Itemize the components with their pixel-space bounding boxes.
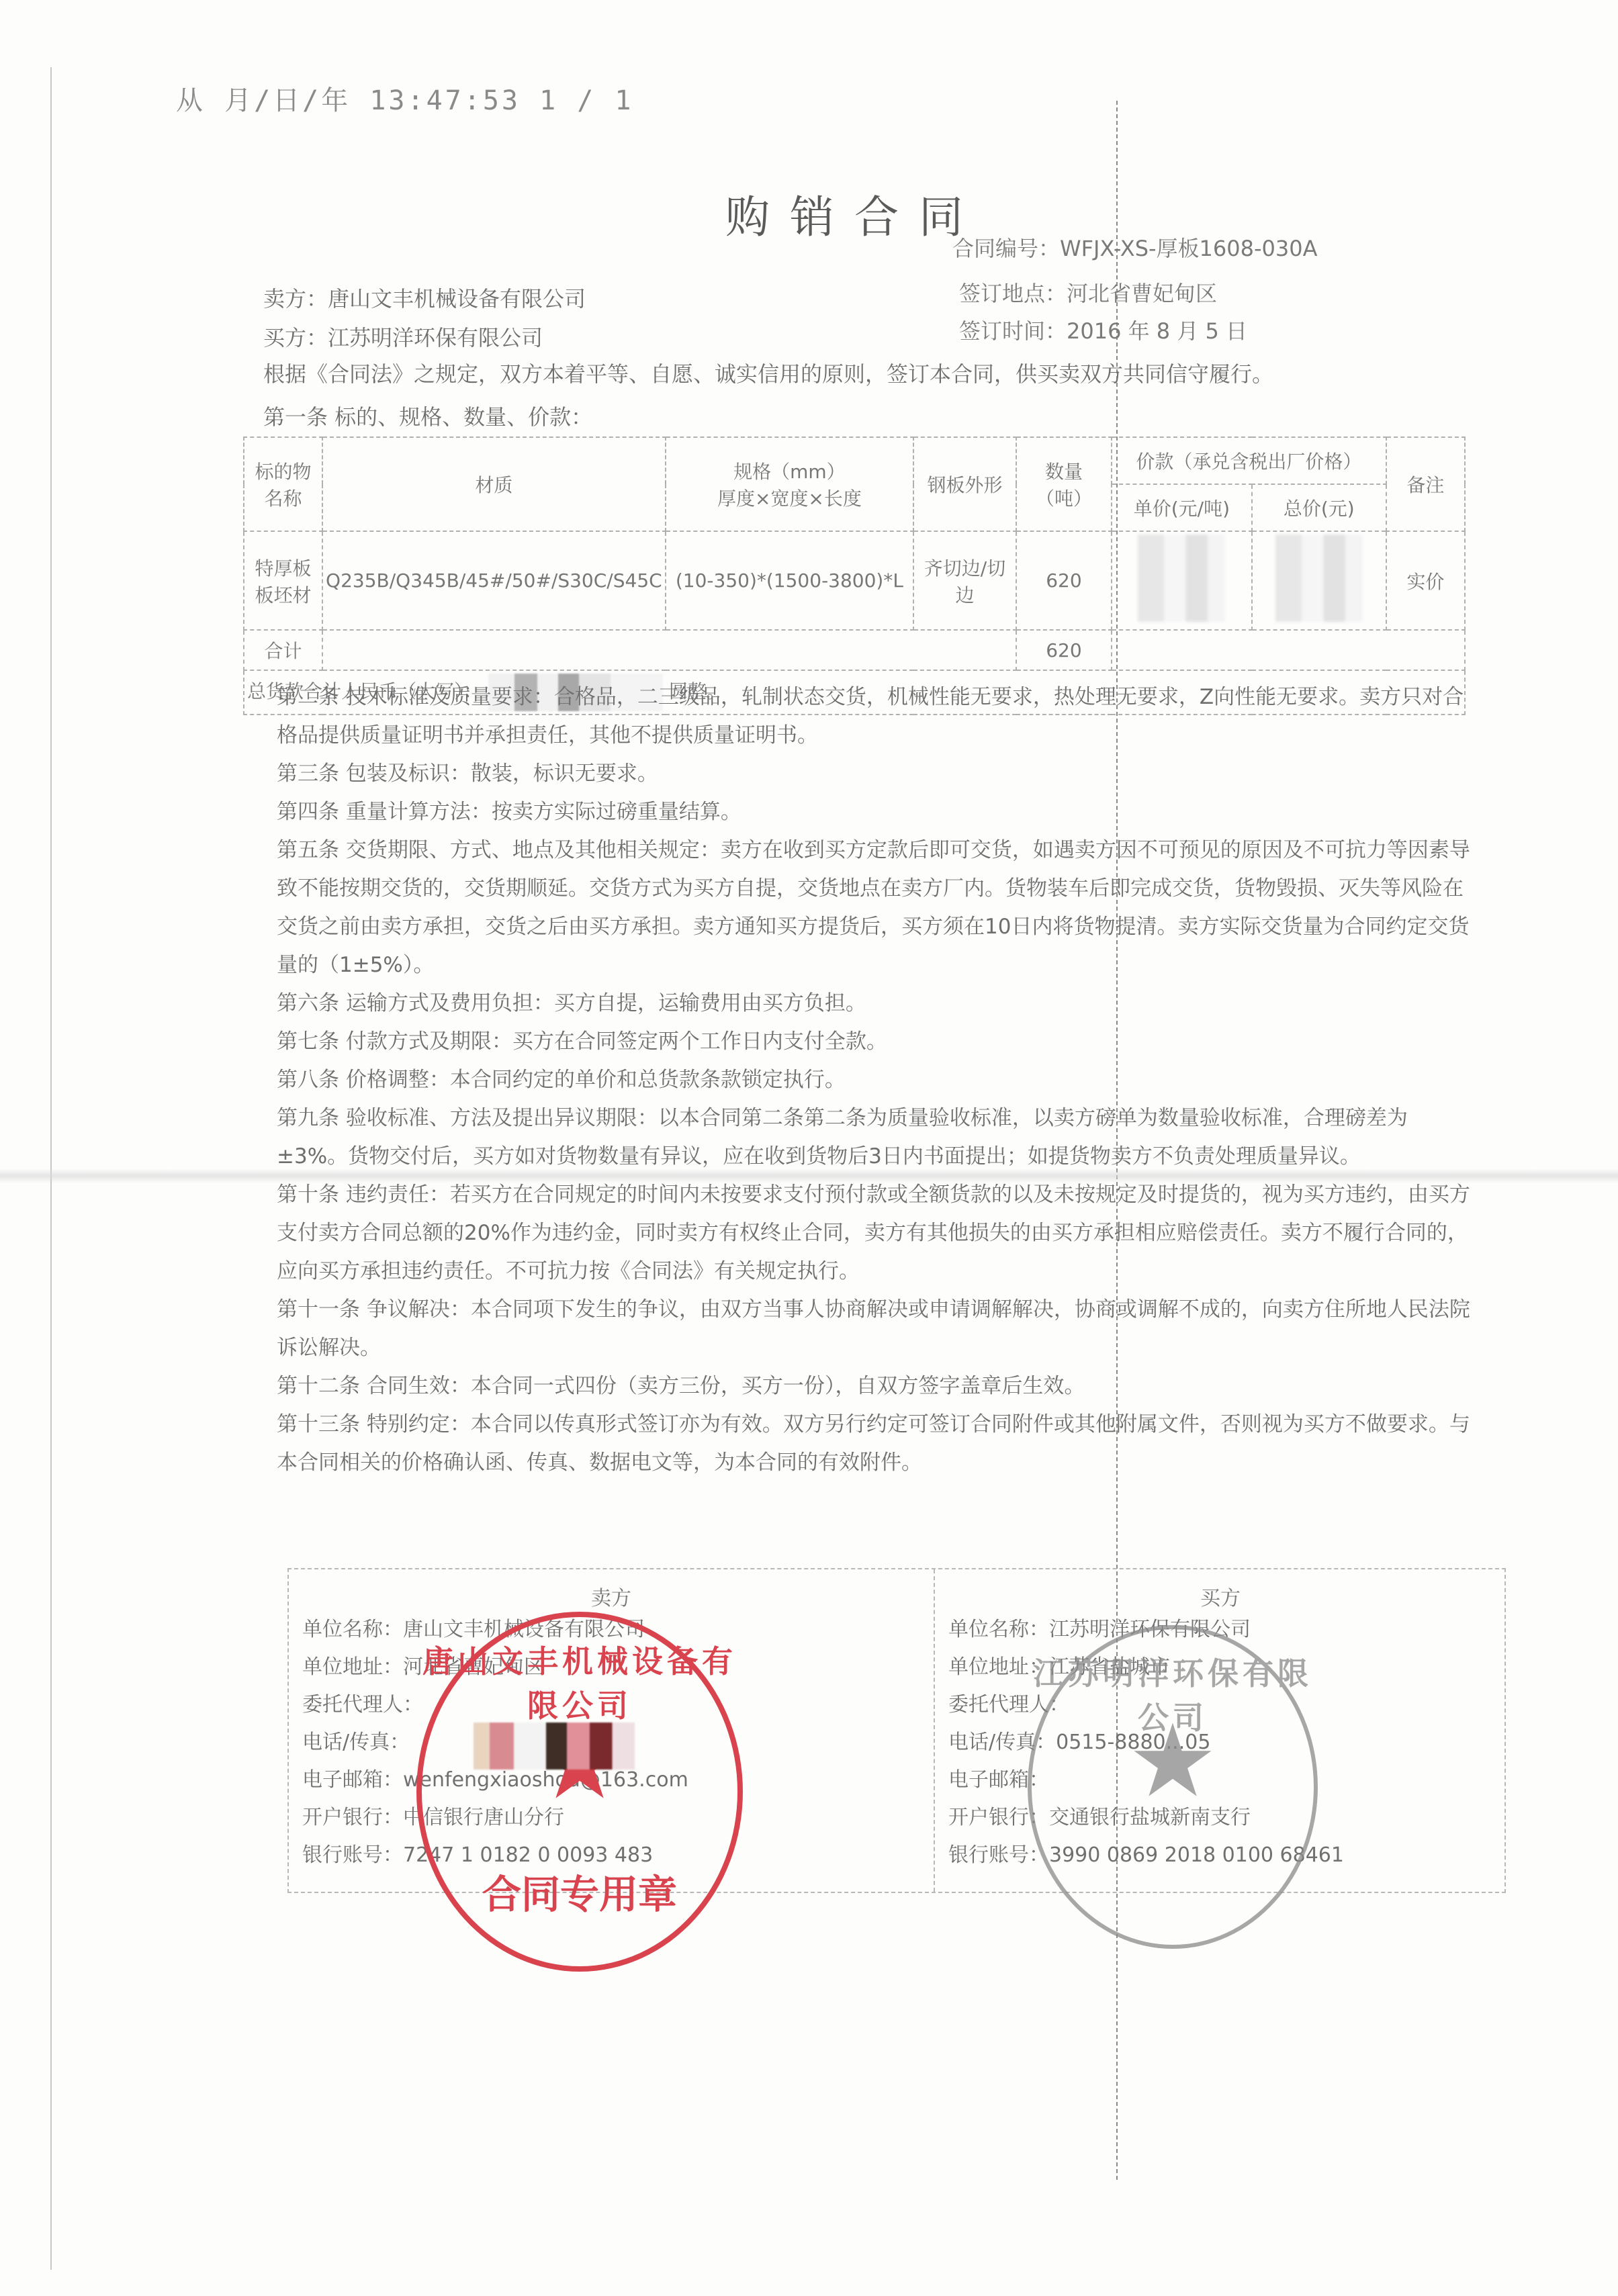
goods-table: 标的物名称 材质 规格（mm） 厚度×宽度×长度 钢板外形 数量 （吨） 价款（… [243, 437, 1466, 715]
redaction-block [1138, 535, 1225, 622]
cell-unit-price-redacted [1112, 531, 1252, 630]
seller-name: 卖方：唐山文丰机械设备有限公司 [263, 282, 586, 313]
header-unit-price: 单价(元/吨) [1112, 484, 1252, 531]
header-spec: 规格（mm） 厚度×宽度×长度 [666, 437, 913, 531]
seal-contract-label: 合同专用章 [422, 1863, 737, 1919]
cell-remark: 实价 [1386, 531, 1465, 630]
fax-header: 从 月/日/年 13:47:53 1 / 1 [176, 79, 633, 118]
article-1-heading: 第一条 标的、规格、数量、价款： [263, 400, 592, 431]
redaction-block [474, 1723, 635, 1770]
cell-name: 特厚板板坯材 [244, 531, 322, 630]
sign-time: 签订时间：2016 年 8 月 5 日 [959, 314, 1247, 345]
buyer-heading: 买方 [935, 1581, 1506, 1611]
clause-4: 第四条 重量计算方法：按卖方实际过磅重量结算。 [277, 793, 1472, 831]
clause-5: 第五条 交货期限、方式、地点及其他相关规定：卖方在收到买方定款后即可交货，如遇卖… [277, 831, 1472, 984]
total-label: 合计 [244, 630, 322, 670]
header-qty-label: 数量 [1020, 457, 1108, 484]
cell-material: Q235B/Q345B/45#/50#/S30C/S45C [322, 531, 666, 630]
clause-2: 第二条 技术标准及质量要求：合格品，二三级品，轧制状态交货，机械性能无要求，热处… [277, 678, 1472, 755]
header-material: 材质 [322, 437, 666, 531]
header-edge: 钢板外形 [913, 437, 1016, 531]
header-name: 标的物名称 [244, 437, 322, 531]
buyer-name: 买方：江苏明洋环保有限公司 [263, 321, 543, 352]
table-row: 特厚板板坯材 Q235B/Q345B/45#/50#/S30C/S45C (10… [244, 531, 1465, 630]
header-spec-sub: 厚度×宽度×长度 [669, 484, 910, 511]
cell-spec: (10-350)*(1500-3800)*L [666, 531, 913, 630]
clause-11: 第十一条 争议解决：本合同项下发生的争议，由双方当事人协商解决或申请调解解决，协… [277, 1291, 1472, 1367]
header-price: 价款（承兑含税出厂价格） [1112, 437, 1386, 484]
total-empty [322, 630, 1016, 670]
total-qty: 620 [1016, 630, 1112, 670]
clause-8: 第八条 价格调整：本合同约定的单价和总货款条款锁定执行。 [277, 1061, 1472, 1099]
cell-qty: 620 [1016, 531, 1112, 630]
contract-clauses: 第二条 技术标准及质量要求：合格品，二三级品，轧制状态交货，机械性能无要求，热处… [277, 678, 1472, 1482]
total-empty-price [1112, 630, 1465, 670]
intro-paragraph: 根据《合同法》之规定，双方本着平等、自愿、诚实信用的原则，签订本合同，供买卖双方… [263, 357, 1273, 388]
buyer-company-seal: 江苏明洋环保有限公司 ★ [1028, 1625, 1318, 1949]
table-total-row: 合计 620 [244, 630, 1465, 670]
header-spec-label: 规格（mm） [669, 457, 910, 484]
clause-10: 第十条 违约责任：若买方在合同规定的时间内未按要求支付预付款或全额货款的以及未按… [277, 1176, 1472, 1291]
header-total-price: 总价(元) [1252, 484, 1386, 531]
redaction-block [1275, 535, 1363, 622]
clause-13: 第十三条 特别约定：本合同以传真形式签订亦为有效。双方另行约定可签订合同附件或其… [277, 1406, 1472, 1482]
seller-company-seal: 唐山文丰机械设备有限公司 ★ 合同专用章 [416, 1612, 743, 1972]
clause-12: 第十二条 合同生效：本合同一式四份（卖方三份，买方一份），自双方签字盖章后生效。 [277, 1367, 1472, 1406]
header-qty-unit: （吨） [1020, 484, 1108, 511]
header-qty: 数量 （吨） [1016, 437, 1112, 531]
clause-9: 第九条 验收标准、方法及提出异议期限：以本合同第二条第二条为质量验收标准，以卖方… [277, 1099, 1472, 1176]
sign-place: 签订地点：河北省曹妃甸区 [959, 277, 1217, 308]
clause-6: 第六条 运输方式及费用负担：买方自提，运输费用由买方负担。 [277, 984, 1472, 1023]
clause-7: 第七条 付款方式及期限：买方在合同签定两个工作日内支付全款。 [277, 1023, 1472, 1061]
star-icon: ★ [1128, 1703, 1218, 1820]
contract-number: 合同编号：WFJX-XS-厚板1608-030A [952, 232, 1318, 263]
cell-edge: 齐切边/切边 [913, 531, 1016, 630]
header-remark: 备注 [1386, 437, 1465, 531]
seller-heading: 卖方 [289, 1581, 934, 1611]
document-title: 购销合同 [725, 181, 983, 245]
clause-3: 第三条 包装及标识：散装，标识无要求。 [277, 755, 1472, 793]
table-header-row: 标的物名称 材质 规格（mm） 厚度×宽度×长度 钢板外形 数量 （吨） 价款（… [244, 437, 1465, 484]
cell-total-price-redacted [1252, 531, 1386, 630]
